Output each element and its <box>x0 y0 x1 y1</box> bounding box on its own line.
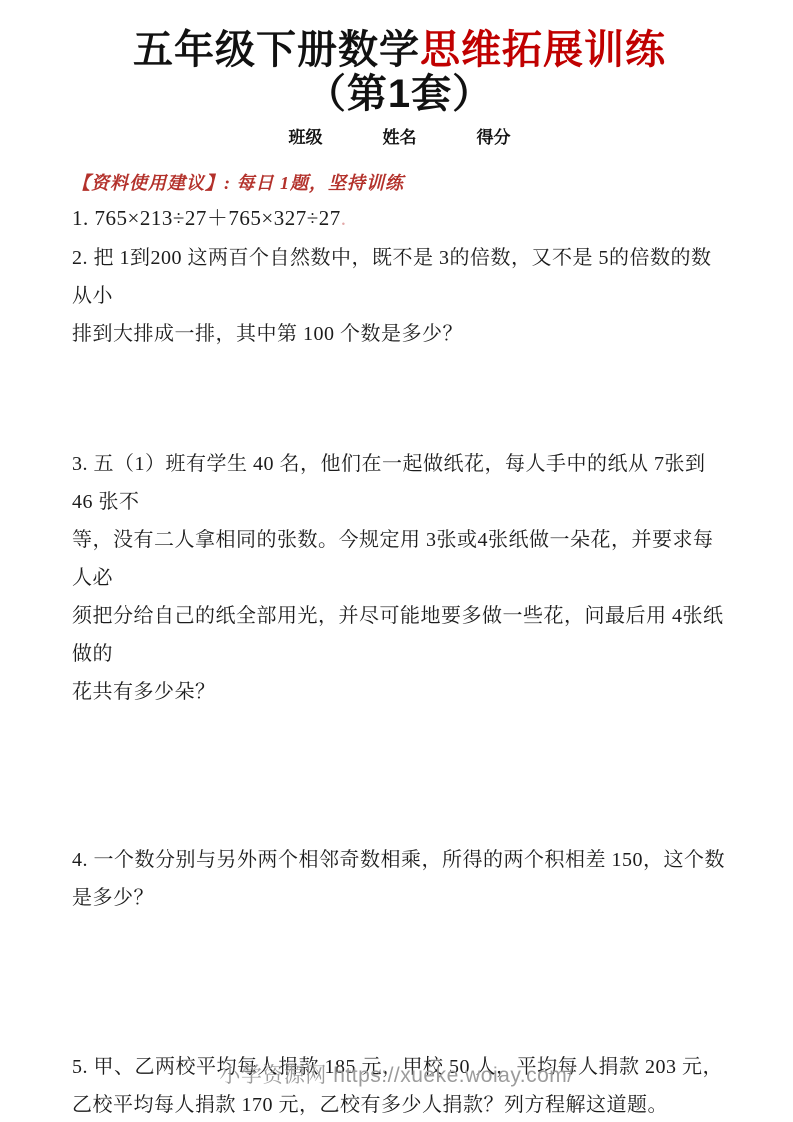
class-label: 班级 <box>289 128 323 148</box>
title-line-2: （第1套） <box>72 72 727 116</box>
question-3: 3. 五（1）班有学生 40 名，他们在一起做纸花，每人手中的纸从 7张到 46… <box>72 445 727 711</box>
title-line-1-black: 五年级下册数学 <box>133 28 420 72</box>
question-1-trailing-period: . <box>341 206 347 230</box>
worksheet-content: 五年级下册数学思维拓展训练 （第1套） 班级 姓名 得分 【资料使用建议】: 每… <box>0 28 793 1122</box>
footer-credit: 小学资源网 https://xueke.woiay.com/ <box>0 1064 793 1088</box>
worksheet-page: 五年级下册数学思维拓展训练 （第1套） 班级 姓名 得分 【资料使用建议】: 每… <box>0 0 793 1122</box>
usage-tip: 【资料使用建议】: 每日 1题，坚持训练 <box>72 172 727 194</box>
header-fields: 班级 姓名 得分 <box>72 128 727 148</box>
question-1: 1. 765×213÷27＋765×327÷27. <box>72 203 727 233</box>
question-4: 4. 一个数分别与另外两个相邻奇数相乘，所得的两个积相差 150，这个数 是多少… <box>72 841 727 917</box>
name-label: 姓名 <box>383 128 417 148</box>
score-label: 得分 <box>477 128 511 148</box>
question-1-expression: 1. 765×213÷27＋765×327÷27 <box>72 206 341 230</box>
title-line-1-red: 思维拓展训练 <box>420 28 666 72</box>
question-2: 2. 把 1到200 这两百个自然数中，既不是 3的倍数，又不是 5的倍数的数从… <box>72 239 727 353</box>
title-line-1: 五年级下册数学思维拓展训练 <box>72 28 727 72</box>
worksheet-title: 五年级下册数学思维拓展训练 （第1套） <box>72 28 727 116</box>
